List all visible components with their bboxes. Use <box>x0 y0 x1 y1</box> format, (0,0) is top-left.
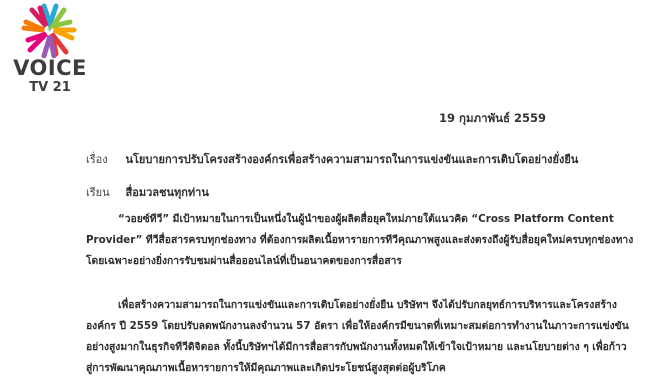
paragraph-1: “วอยซ์ทีวี” มีเป้าหมายในการเป็นหนึ่งในผู… <box>86 209 633 272</box>
paragraph-line: อย่างสูงมากในธุรกิจทีวีดิจิตอล ทั้งนี้บร… <box>86 337 629 358</box>
logo-channel: TV 21 <box>8 80 92 95</box>
recipient-label: เรียน <box>86 183 122 201</box>
subject-row: เรื่อง นโยบายการปรับโครงสร้างองค์กรเพื่อ… <box>86 150 578 168</box>
logo-brand: VOICE <box>8 56 92 80</box>
paragraph-line: Provider” ทีวีสื่อสารครบทุกช่องทาง ที่ต้… <box>86 230 633 251</box>
paragraph-2: เพื่อสร้างความสามารถในการแข่งขันและการเต… <box>86 295 629 378</box>
voice-tv-logo: VOICE TV 21 <box>8 2 92 98</box>
subject-label: เรื่อง <box>86 150 122 168</box>
recipient-text: สื่อมวลชนทุกท่าน <box>126 186 209 199</box>
letter-date: 19 กุมภาพันธ์ 2559 <box>439 110 546 128</box>
starburst-icon <box>20 2 80 58</box>
paragraph-line: สู่การพัฒนาคุณภาพเนื้อหารายการให้มีคุณภา… <box>86 358 629 378</box>
paragraph-line: เพื่อสร้างความสามารถในการแข่งขันและการเต… <box>86 295 629 316</box>
paragraph-line: โดยเฉพาะอย่างยิ่งการรับชมผ่านสื่อออนไลน์… <box>86 251 633 272</box>
subject-text: นโยบายการปรับโครงสร้างองค์กรเพื่อสร้างคว… <box>126 153 579 166</box>
paragraph-line: “วอยซ์ทีวี” มีเป้าหมายในการเป็นหนึ่งในผู… <box>86 209 633 230</box>
recipient-row: เรียน สื่อมวลชนทุกท่าน <box>86 183 209 201</box>
paragraph-line: องค์กร ปี 2559 โดยปรับลดพนักงานลงจำนวน 5… <box>86 316 629 337</box>
